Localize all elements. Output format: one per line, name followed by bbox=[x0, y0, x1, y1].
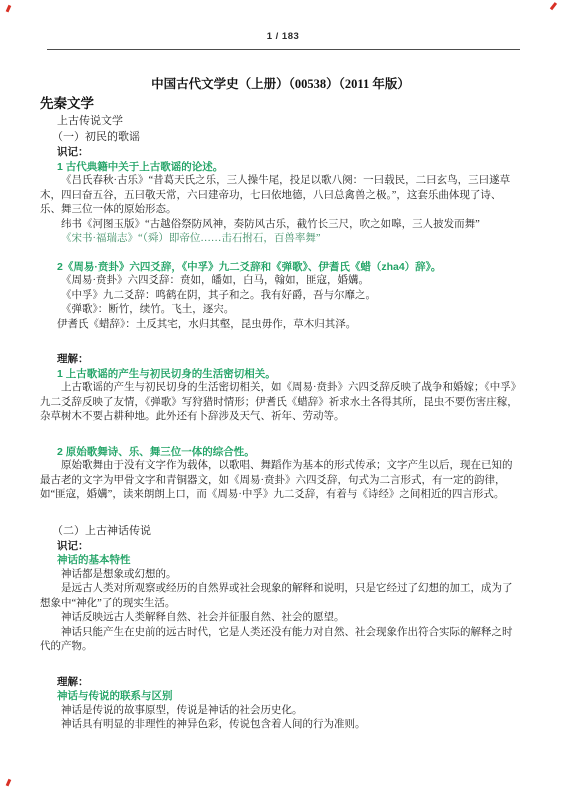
section2-heading: （二）上古神话传说 bbox=[40, 523, 521, 539]
corner-mark-icon bbox=[549, 2, 556, 10]
header-divider bbox=[47, 49, 520, 50]
key-point-heading: 1 古代典籍中关于上古歌谣的论述。 bbox=[40, 160, 521, 175]
comprehend-label: 理解： bbox=[40, 675, 521, 690]
paragraph: 神话具有明显的非理性的神异色彩，传说包含着人间的行为准则。 bbox=[40, 718, 521, 733]
paragraph: 《宋书·福瑞志》“（舜）即帝位……击石拊石，百兽率舞” bbox=[40, 232, 521, 247]
paragraph: 神话反映远古人类解释自然、社会并征服自然、社会的愿望。 bbox=[40, 611, 521, 626]
paragraph: 《吕氏春秋·古乐》“昔葛天氏之乐，三人操牛尾，投足以歌八阕：一曰载民，二曰玄鸟，… bbox=[40, 174, 521, 218]
section1-heading: （一）初民的歌谣 bbox=[40, 129, 521, 145]
paragraph: 《弹歌》：断竹，续竹。飞土，逐宍。 bbox=[40, 303, 521, 318]
corner-mark-icon bbox=[6, 779, 11, 786]
paragraph: 《中孚》九二爻辞：鸣鹤在阴，其子和之。我有好爵，吾与尔靡之。 bbox=[40, 289, 521, 304]
paragraph: 纬书《河图玉版》“古越俗祭防风神，奏防风古乐，截竹长三尺，吹之如嗥，三人披发而舞… bbox=[40, 218, 521, 233]
paragraph: 神话都是想象或幻想的。 bbox=[40, 568, 521, 583]
paragraph: 神话是传说的故事原型，传说是神话的社会历史化。 bbox=[40, 704, 521, 719]
paragraph: 伊耆氏《蜡辞》：土反其宅，水归其壑，昆虫毋作，草木归其泽。 bbox=[40, 318, 521, 333]
paragraph: 神话只能产生在史前的远古时代，它是人类还没有能力对自然、社会现象作出符合实际的解… bbox=[40, 626, 521, 655]
paragraph: 原始歌舞由于没有文字作为载体，以歌唱、舞蹈作为基本的形式传承；文字产生以后，现在… bbox=[40, 459, 521, 503]
paragraph: 《周易·贲卦》六四爻辞：贲如，皤如，白马，翰如，匪寇，婚媾。 bbox=[40, 274, 521, 289]
key-point-heading: 1 上古歌谣的产生与初民切身的生活密切相关。 bbox=[40, 367, 521, 382]
memorize-label: 识记： bbox=[40, 145, 521, 160]
document-page: 1 / 183 中国古代文学史（上册）（00538）（2011 年版） 先秦文学… bbox=[0, 0, 566, 800]
doc-title: 中国古代文学史（上册）（00538）（2011 年版） bbox=[40, 76, 521, 93]
section-legend: 上古传说文学 bbox=[40, 113, 521, 129]
paragraph: 上古歌谣的产生与初民切身的生活密切相关，如《周易·贲卦》六四爻辞反映了战争和婚嫁… bbox=[40, 381, 521, 425]
page-number-indicator: 1 / 183 bbox=[0, 31, 566, 42]
chapter-heading: 先秦文学 bbox=[40, 95, 521, 113]
key-point-heading: 2 原始歌舞诗、乐、舞三位一体的综合性。 bbox=[40, 445, 521, 460]
key-point-heading: 神话与传说的联系与区别 bbox=[40, 689, 521, 704]
corner-mark-icon bbox=[6, 5, 11, 12]
key-point-heading: 2《周易·贲卦》六四爻辞，《中孚》九二爻辞和《弹歌》、伊耆氏《蜡（zha4）辞》… bbox=[40, 260, 521, 275]
comprehend-label: 理解： bbox=[40, 352, 521, 367]
memorize-label: 识记： bbox=[40, 539, 521, 554]
key-point-heading: 神话的基本特性 bbox=[40, 553, 521, 568]
paragraph: 是远古人类对所观察或经历的自然界或社会现象的解释和说明，只是它经过了幻想的加工，… bbox=[40, 582, 521, 611]
document-content: 中国古代文学史（上册）（00538）（2011 年版） 先秦文学 上古传说文学 … bbox=[40, 76, 521, 733]
